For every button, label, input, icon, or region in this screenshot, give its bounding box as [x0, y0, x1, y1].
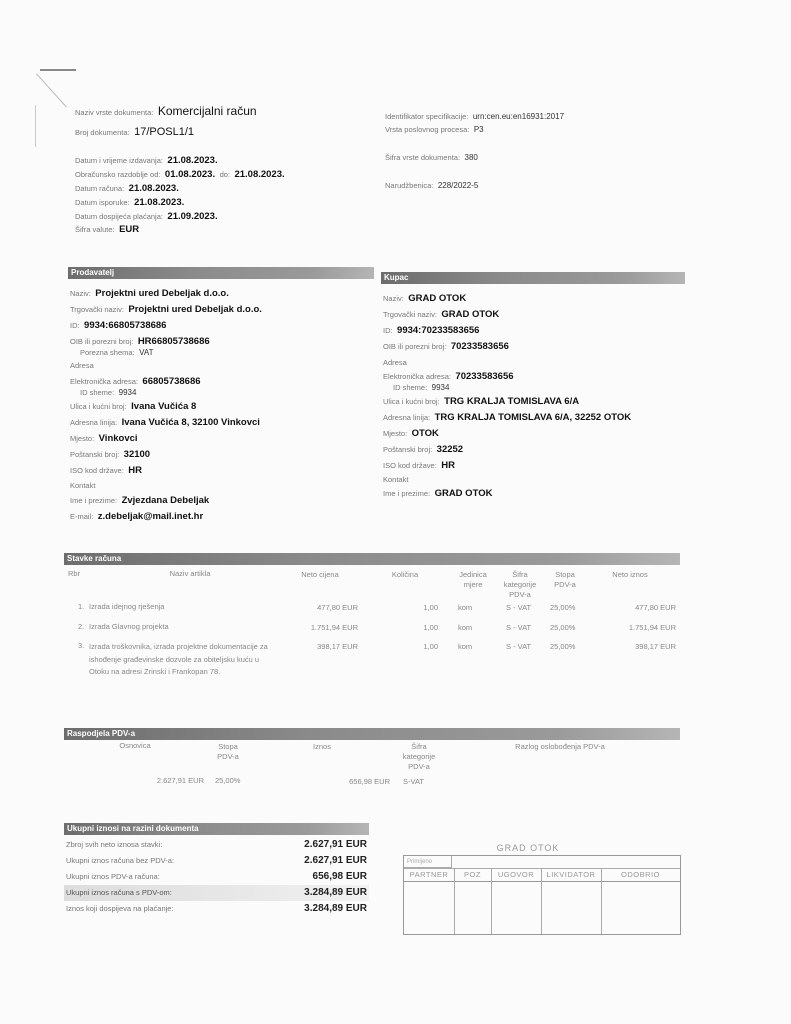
- doc-type: Naziv vrste dokumenta: Komercijalni raču…: [75, 102, 257, 120]
- buyer-name: GRAD OTOK: [408, 293, 466, 304]
- totals-row: Ukupni iznos PDV-a računa:656,98 EUR: [64, 869, 369, 885]
- col-vat-rate: Stopa PDV-a: [548, 570, 582, 590]
- stamp-title: GRAD OTOK: [403, 843, 653, 853]
- buyer-section-header: Kupac: [381, 272, 685, 284]
- stamp-received-label: Primljeno: [404, 856, 452, 868]
- seller-e-address: 66805738686: [142, 376, 200, 387]
- col-name: Naziv artikla: [150, 569, 230, 579]
- totals-row-grand-total: Ukupni iznos računa s PDV-om:3.284,89 EU…: [64, 885, 369, 901]
- business-process: Vrsta poslovnog procesa: P3: [385, 119, 484, 137]
- doc-type-code: Šifra vrste dokumenta: 380: [385, 147, 478, 165]
- seller-section-header: Prodavatelj: [68, 267, 374, 279]
- scan-mark: [40, 69, 76, 71]
- scan-mark: [36, 73, 67, 107]
- seller-id: 9934:66805738686: [84, 320, 166, 331]
- totals-row-amount-due: Iznos koji dospijeva na plaćanje:3.284,8…: [64, 901, 369, 917]
- col-vat-cat: Šifra kategorije PDV-a: [499, 570, 541, 600]
- seller-email: z.debeljak@mail.inet.hr: [98, 511, 203, 522]
- seller-trade-name: Projektni ured Debeljak d.o.o.: [128, 304, 262, 315]
- vat-section-header: Raspodjela PDV-a: [64, 728, 680, 740]
- doc-number: Broj dokumenta: 17/POSL1/1: [75, 122, 194, 140]
- seller-name: Projektni ured Debeljak d.o.o.: [95, 288, 229, 299]
- col-rbr: Rbr: [68, 569, 80, 579]
- scan-mark: [35, 105, 36, 147]
- currency-code: Šifra valute: EUR: [75, 219, 139, 237]
- items-section-header: Stavke računa: [64, 553, 680, 565]
- purchase-order: Narudžbenica: 228/2022-5: [385, 175, 478, 193]
- totals-section-header: Ukupni iznosi na razini dokumenta: [64, 823, 369, 835]
- col-qty: Količina: [385, 570, 425, 580]
- col-net: Neto iznos: [603, 570, 657, 580]
- received-stamp: Primljeno PARTNER POZ UGOVOR LIKVIDATOR …: [403, 855, 681, 935]
- totals-row: Ukupni iznos računa bez PDV-a:2.627,91 E…: [64, 853, 369, 869]
- totals-row: Zbroj svih neto iznosa stavki:2.627,91 E…: [64, 837, 369, 853]
- col-price: Neto cijena: [290, 570, 350, 580]
- col-unit: Jedinica mjere: [455, 570, 491, 590]
